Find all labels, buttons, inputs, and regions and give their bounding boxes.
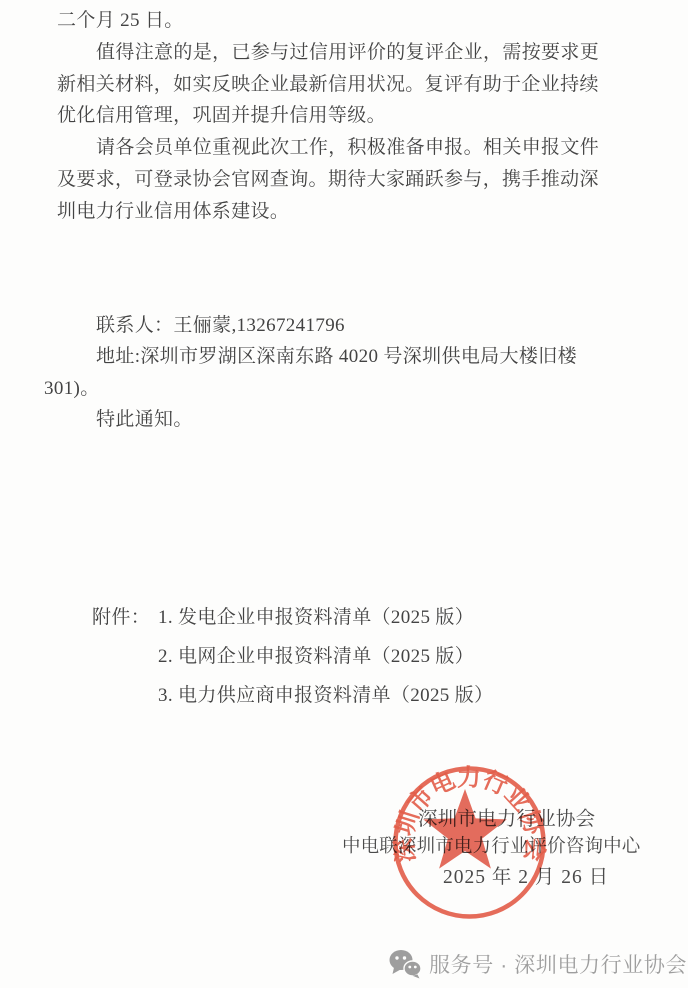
body-line: 及要求，可登录协会官网查询。期待大家踊跃参与，携手推动深 bbox=[57, 164, 602, 196]
attachments-list: 1. 发电企业申报资料清单（2025 版） 2. 电网企业申报资料清单（2025… bbox=[158, 598, 493, 715]
document-page: 二个月 25 日。 值得注意的是，已参与过信用评价的复评企业，需按要求更 新相关… bbox=[0, 0, 688, 988]
address-line-wrap: 301)。 bbox=[44, 373, 604, 404]
signature-org-secondary: 中电联深圳市电力行业评价咨询中心 bbox=[342, 832, 640, 858]
attachment-item: 2. 电网企业申报资料清单（2025 版） bbox=[158, 637, 493, 676]
body-line: 圳电力行业信用体系建设。 bbox=[57, 196, 602, 228]
signature-date: 2025 年 2 月 26 日 bbox=[443, 861, 609, 889]
service-account-label: 服务号 · 深圳电力行业协会 bbox=[429, 949, 687, 979]
attachment-item: 1. 发电企业申报资料清单（2025 版） bbox=[158, 598, 493, 637]
body-paragraphs: 二个月 25 日。 值得注意的是，已参与过信用评价的复评企业，需按要求更 新相关… bbox=[57, 5, 602, 228]
wechat-service-badge[interactable]: 服务号 · 深圳电力行业协会 bbox=[389, 949, 687, 979]
attachments-label: 附件： bbox=[92, 598, 150, 637]
wechat-icon bbox=[389, 949, 422, 979]
body-line: 值得注意的是，已参与过信用评价的复评企业，需按要求更 bbox=[57, 37, 602, 69]
body-line: 新相关材料，如实反映企业最新信用状况。复评有助于企业持续 bbox=[57, 69, 602, 101]
notice-closing-line: 特此通知。 bbox=[44, 404, 604, 435]
body-line: 请各会员单位重视此次工作，积极准备申报。相关申报文件 bbox=[57, 132, 602, 164]
address-line: 地址:深圳市罗湖区深南东路 4020 号深圳供电局大楼旧楼 bbox=[44, 341, 604, 372]
signature-org-primary: 深圳市电力行业协会 bbox=[418, 803, 595, 831]
body-line: 二个月 25 日。 bbox=[57, 5, 602, 37]
body-line: 优化信用管理，巩固并提升信用等级。 bbox=[57, 100, 602, 132]
contact-block: 联系人：王俪蒙,13267241796 地址:深圳市罗湖区深南东路 4020 号… bbox=[44, 310, 604, 435]
contact-person-line: 联系人：王俪蒙,13267241796 bbox=[44, 310, 604, 341]
attachment-item: 3. 电力供应商申报资料清单（2025 版） bbox=[158, 676, 493, 715]
